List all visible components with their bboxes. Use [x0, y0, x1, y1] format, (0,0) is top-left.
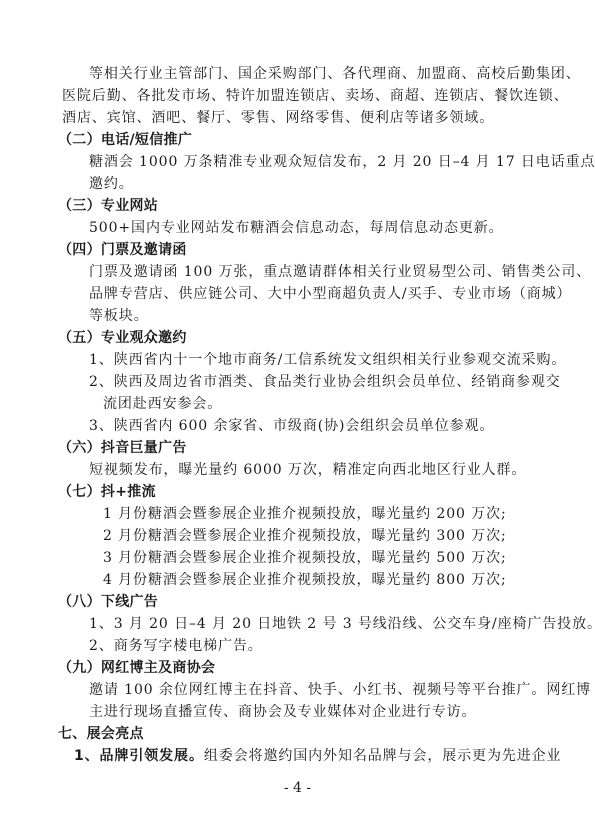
- document-page: 等相关行业主管部门、国企采购部门、各代理商、加盟商、高校后勤集团、 医院后勤、各…: [0, 0, 595, 840]
- section-line: 2、陕西及周边省市酒类、食品类行业协会组织会员单位、经销商参观交: [89, 372, 561, 392]
- section-line: 1 月份糖酒会暨参展企业推介视频投放，曝光量约 200 万次;: [103, 504, 507, 524]
- section-heading: （六）抖音巨量广告: [58, 438, 187, 458]
- section-line: 3、陕西省内 600 余家省、市级商(协)会组织会员单位参观。: [89, 416, 494, 436]
- highlight-item: 1、品牌引领发展。组委会将邀约国内外知名品牌与会，展示更为先进企业: [74, 746, 561, 766]
- highlight-text: 组委会将邀约国内外知名品牌与会，展示更为先进企业: [204, 748, 562, 764]
- page-number: - 4 -: [0, 780, 595, 796]
- section-line: 主进行现场直播宣传、商协会及专业媒体对企业进行专访。: [89, 702, 476, 722]
- section-line: 品牌专营店、供应链公司、大中小型商超负责人/买手、专业市场（商城）: [89, 284, 571, 304]
- section-line: 3 月份糖酒会暨参展企业推介视频投放，曝光量约 500 万次;: [103, 548, 507, 568]
- intro-line: 等相关行业主管部门、国企采购部门、各代理商、加盟商、高校后勤集团、: [89, 64, 581, 84]
- section-line: 邀请 100 余位网红博主在抖音、快手、小红书、视频号等平台推广。网红博: [89, 680, 591, 700]
- section-line: 等板块。: [89, 306, 149, 326]
- section-line: 1、陕西省内十一个地市商务/工信系统发文组织相关行业参观交流采购。: [89, 350, 566, 370]
- section-line: 4 月份糖酒会暨参展企业推介视频投放，曝光量约 800 万次;: [103, 570, 507, 590]
- intro-line: 酒店、宾馆、酒吧、餐厅、零售、网络零售、便利店等诸多领域。: [62, 108, 494, 128]
- section-heading: （九）网红博主及商协会: [58, 658, 215, 678]
- section-heading: （八）下线广告: [58, 592, 158, 612]
- section-heading: （七）抖+推流: [58, 482, 156, 502]
- section-heading: （三）专业网站: [58, 196, 158, 216]
- section-line: 短视频发布，曝光量约 6000 万次，精准定向西北地区行业人群。: [89, 460, 526, 480]
- section-line: 流团赴西安参会。: [103, 394, 222, 414]
- section-line: 2、商务写字楼电梯广告。: [89, 636, 263, 656]
- section-line: 2 月份糖酒会暨参展企业推介视频投放，曝光量约 300 万次;: [103, 526, 507, 546]
- section-line: 500+国内专业网站发布糖酒会信息动态，每周信息动态更新。: [89, 218, 504, 238]
- section-heading: （二）电话/短信推广: [58, 130, 192, 150]
- section-line: 1、3 月 20 日–4 月 20 日地铁 2 号 3 号线沿线、公交车身/座椅…: [89, 614, 595, 634]
- section-heading: （四）门票及邀请函: [58, 240, 187, 260]
- section-heading: （五）专业观众邀约: [58, 328, 187, 348]
- section-line: 糖酒会 1000 万条精准专业观众短信发布，2 月 20 日–4 月 17 日电…: [89, 152, 595, 172]
- highlight-lead: 1、品牌引领发展。: [74, 748, 204, 764]
- section-line: 门票及邀请函 100 万张，重点邀请群体相关行业贸易型公司、销售类公司、: [89, 262, 591, 282]
- section-line: 邀约。: [89, 174, 134, 194]
- intro-line: 医院后勤、各批发市场、特许加盟连锁店、卖场、商超、连锁店、餐饮连锁、: [62, 86, 569, 106]
- chapter-heading: 七、展会亮点: [58, 724, 144, 744]
